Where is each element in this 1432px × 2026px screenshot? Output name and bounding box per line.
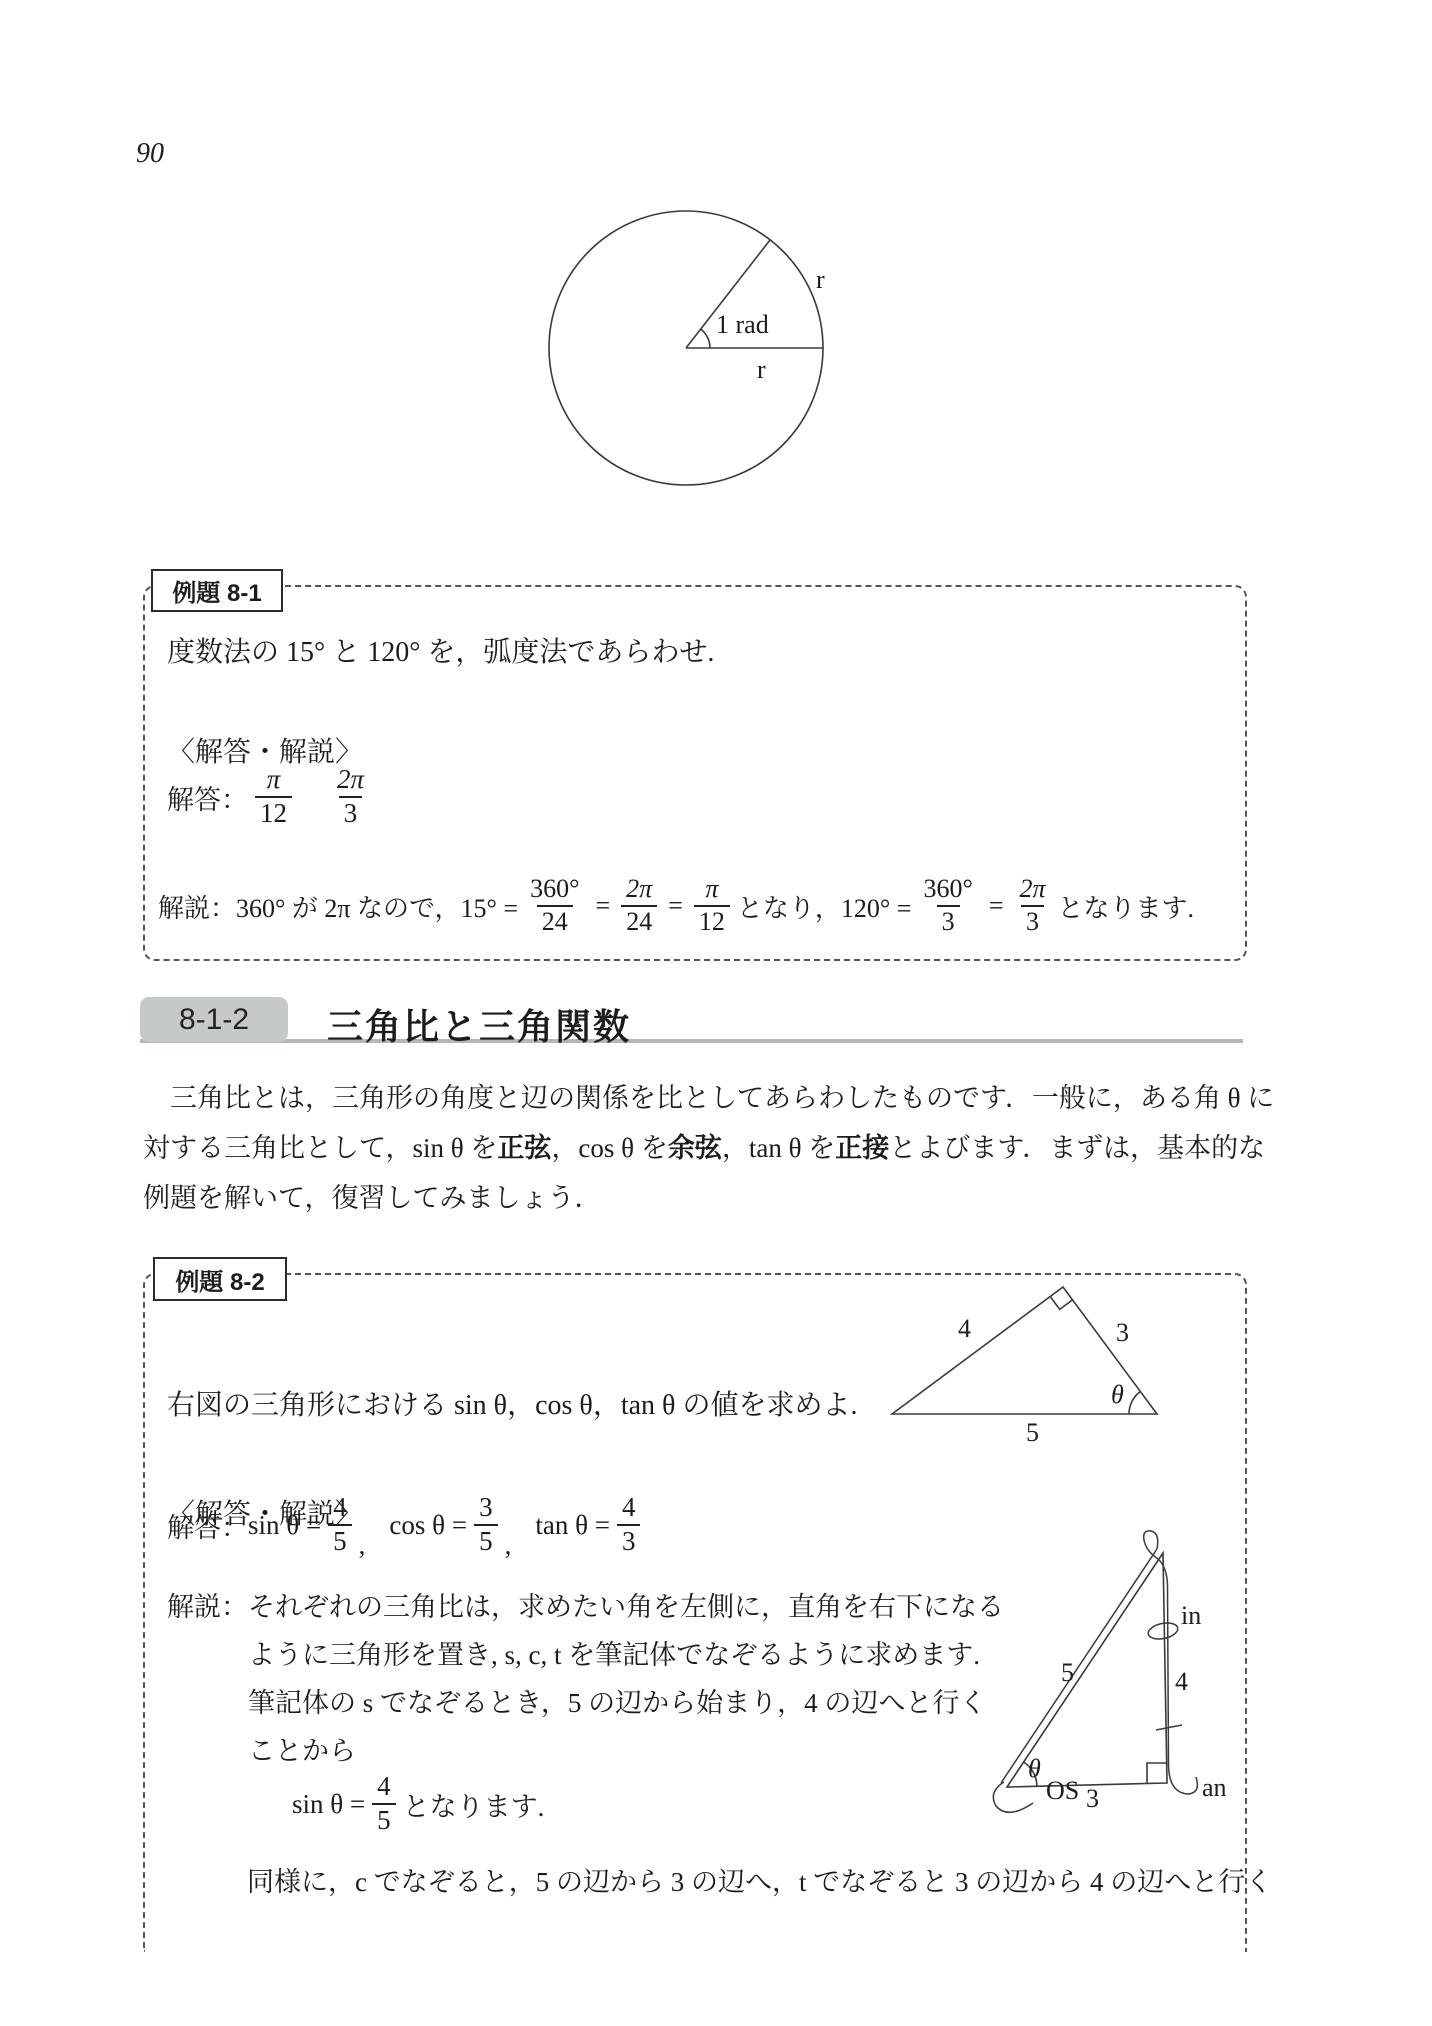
right-angle-mark [1147,1763,1166,1783]
example-1-label: 例題 8-1 [151,569,283,612]
section-underline [140,1039,1243,1043]
vertical-label-4: 4 [1175,1667,1188,1696]
section-title: 三角比と三角関数 [327,999,631,1050]
comma: , [359,1530,366,1561]
radius-label-horizontal: r [757,355,766,384]
paragraph-text: ，cos θ を [551,1133,667,1163]
example-2-explanation-line-2: ように三角形を置き, s, c, t を筆記体でなぞるように求めます. [248,1633,980,1672]
theta-label: θ [1028,1754,1041,1783]
example-1-explanation-line: 解説： 360° が 2π なので，15° = 360°24 = 2π24 = … [158,874,1194,938]
theta-angle-arc [1129,1392,1140,1415]
base-label-3: 3 [1086,1784,1099,1813]
term-seigen: 正弦 [497,1133,551,1163]
fraction-360-over-3: 360°3 [918,874,977,937]
cursive-s-mid-loop [1147,1621,1179,1642]
example-2-explanation-line-3: 筆記体の s でなぞるとき，5 の辺から始まり，4 の辺へと行く [248,1681,986,1720]
side-label-5: 5 [1026,1418,1039,1447]
fraction-4-over-5: 45 [372,1771,396,1837]
explanation-prefix: 解説： [158,888,236,925]
section-number-badge: 8-1-2 [140,997,288,1042]
example-2-answer-line: 解答： sin θ = 45 , cos θ = 35 , tan θ = 43 [167,1489,647,1561]
example-2-explanation-line-1: 解説：それぞれの三角比は，求めたい角を左側に，直角を右下になる [167,1585,1004,1624]
unit-circle-diagram: 1 rad r r [520,180,860,520]
cursive-s-top-loop [1144,1531,1158,1559]
cursive-s-hypotenuse-stroke [1001,1549,1157,1783]
example-2-label: 例題 8-2 [153,1257,287,1301]
fraction-2pi-over-24: 2π24 [621,874,657,937]
example-1-problem: 度数法の 15° と 120° を，弧度法であらわせ. [167,630,714,670]
right-triangle-diagram: 4 3 5 θ [880,1275,1190,1445]
equals-sign: = [668,891,683,921]
fraction-2pi-over-3: 2π3 [1015,874,1051,937]
right-angle-mark [1050,1297,1072,1310]
example-2-explanation-line-4: ことから [248,1729,356,1768]
explanation-intro: 360° が 2π なので，15° = [236,888,518,925]
answer-prefix: 解答： [167,778,248,817]
fraction-2pi-over-3: 2π3 [332,764,369,830]
equation-prefix: sin θ = [292,1789,365,1820]
explanation-outro: となります. [1058,888,1195,925]
paragraph-text: ，tan θ を [722,1133,835,1163]
sin-suffix-label: in [1181,1601,1201,1630]
theta-label: θ [1111,1380,1124,1409]
equation-suffix: となります. [403,1785,545,1824]
side-label-3: 3 [1116,1318,1129,1347]
fraction-4-over-3: 43 [617,1492,641,1558]
equals-sign: = [989,891,1004,921]
sin-expression: sin θ = [248,1510,321,1541]
example-1-answer-line: 解答： π12 2π3 [167,765,376,829]
term-yogen: 余弦 [668,1133,722,1163]
cos-suffix-label: OS [1046,1776,1079,1805]
hypotenuse-label-5: 5 [1061,1658,1074,1687]
explanation-prefix: 解説： [167,1592,248,1622]
answer-prefix: 解答： [167,1506,248,1545]
angle-arc [701,329,711,348]
explanation-text: それぞれの三角比は，求めたい角を左側に，直角を右下になる [248,1592,1004,1622]
side-label-4: 4 [958,1314,971,1343]
term-seisetsu: 正接 [835,1133,889,1163]
tan-expression: tan θ = [535,1510,610,1541]
comma: , [505,1530,512,1561]
intro-paragraph-line-2: 対する三角比として，sin θ を正弦，cos θ を余弦，tan θ を正接と… [143,1126,1265,1165]
fraction-3-over-5: 35 [474,1492,498,1558]
angle-label: 1 rad [716,310,769,339]
fraction-pi-over-12: π12 [694,874,730,937]
cursive-mnemonic-triangle-diagram: 5 4 3 θ in OS an [960,1520,1270,1850]
sin-equation-line: sin θ = 45 となります. [292,1773,544,1835]
intro-paragraph-line-3: 例題を解いて，復習してみましょう． [143,1176,601,1215]
triangle-outline [1007,1553,1167,1787]
explanation-mid: となり，120° = [737,888,912,925]
paragraph-text: 対する三角比として，sin θ を [143,1133,497,1163]
fraction-360-over-24: 360°24 [525,874,584,937]
example-2-problem: 右図の三角形における sin θ，cos θ，tan θ の値を求めよ. [167,1383,857,1423]
page-number: 90 [136,138,164,170]
paragraph-text: とよびます．まずは，基本的な [889,1133,1265,1163]
cos-expression: cos θ = [389,1510,467,1541]
example-2-final-line: 同様に，c でなぞると，5 の辺から 3 の辺へ，t でなぞると 3 の辺から … [247,1860,1272,1899]
fraction-pi-over-12: π12 [255,764,292,830]
tan-suffix-label: an [1202,1773,1227,1802]
intro-paragraph-line-1: 三角比とは，三角形の角度と辺の関係を比としてあらわしたものです．一般に，ある角 … [143,1076,1274,1115]
equals-sign: = [596,891,611,921]
fraction-4-over-5: 45 [328,1492,352,1558]
radius-label-arc: r [816,265,825,294]
